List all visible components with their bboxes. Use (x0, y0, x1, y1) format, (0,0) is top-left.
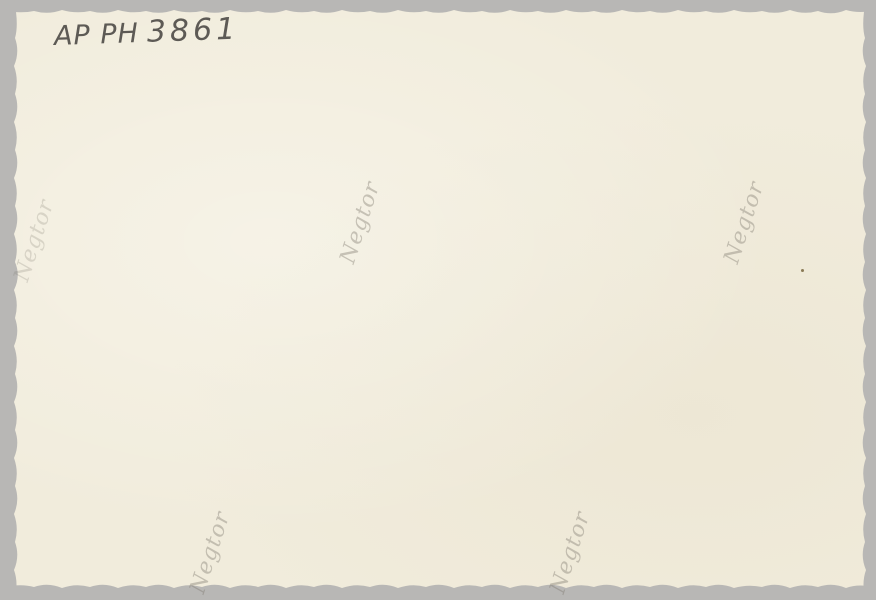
scan-background: AP PH3861 Negtor Negtor Negtor Negtor Ne… (0, 0, 876, 600)
archive-number-annotation: AP PH3861 (53, 12, 239, 53)
photo-card-back (14, 10, 866, 588)
archive-number: 3861 (146, 12, 240, 50)
paper-speck (801, 269, 804, 272)
archive-prefix: AP PH (53, 18, 139, 52)
